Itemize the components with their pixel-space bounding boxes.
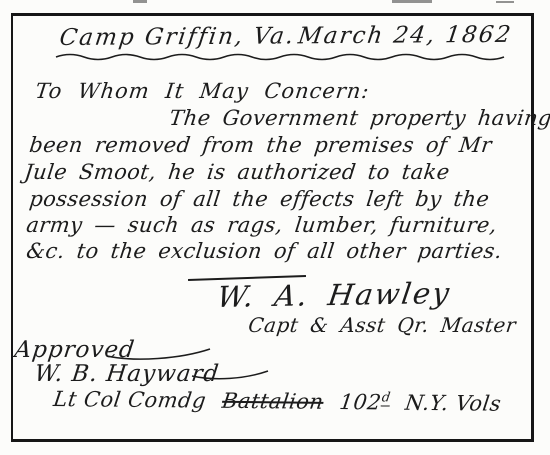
salutation: To Whom It May Concern: [34,79,371,103]
dateline: Camp Griffin, Va. March 24, 1862 [58,22,514,51]
signature-name: W. A. Hawley [215,276,453,314]
regiment-ordinal: d [381,390,392,406]
approver-title-struck-word: Battalion [221,389,326,414]
signature-title: Capt & Asst Qr. Master [247,313,517,337]
body-line: &c. to the exclusion of all other partie… [25,239,503,263]
body-line: The Government property having [168,106,550,130]
scan-artifact [133,0,147,3]
body-line: been removed from the premises of Mr [28,133,493,157]
body-line: possession of all the effects left by th… [28,187,491,211]
dateline-date: March 24, 1862 [297,22,514,49]
approver-title-prefix: Lt Col Comdg [52,387,208,413]
regiment-number: 102 [338,390,383,414]
scan-artifact [496,1,514,3]
scanned-letter-page: Camp Griffin, Va. March 24, 1862 To Whom… [0,0,550,455]
regiment-name: N.Y. Vols [404,391,503,416]
approver-flourish [190,367,270,383]
wavy-underline [54,50,514,62]
body-line: Jule Smoot, he is authorized to take [23,160,451,184]
approver-title: Lt Col Comdg Battalion 102d N.Y. Vols [52,387,503,416]
body-line: army — such as rags, lumber, furniture, [25,213,498,237]
scan-artifact [392,0,432,3]
dateline-place: Camp Griffin, Va. [58,23,297,51]
